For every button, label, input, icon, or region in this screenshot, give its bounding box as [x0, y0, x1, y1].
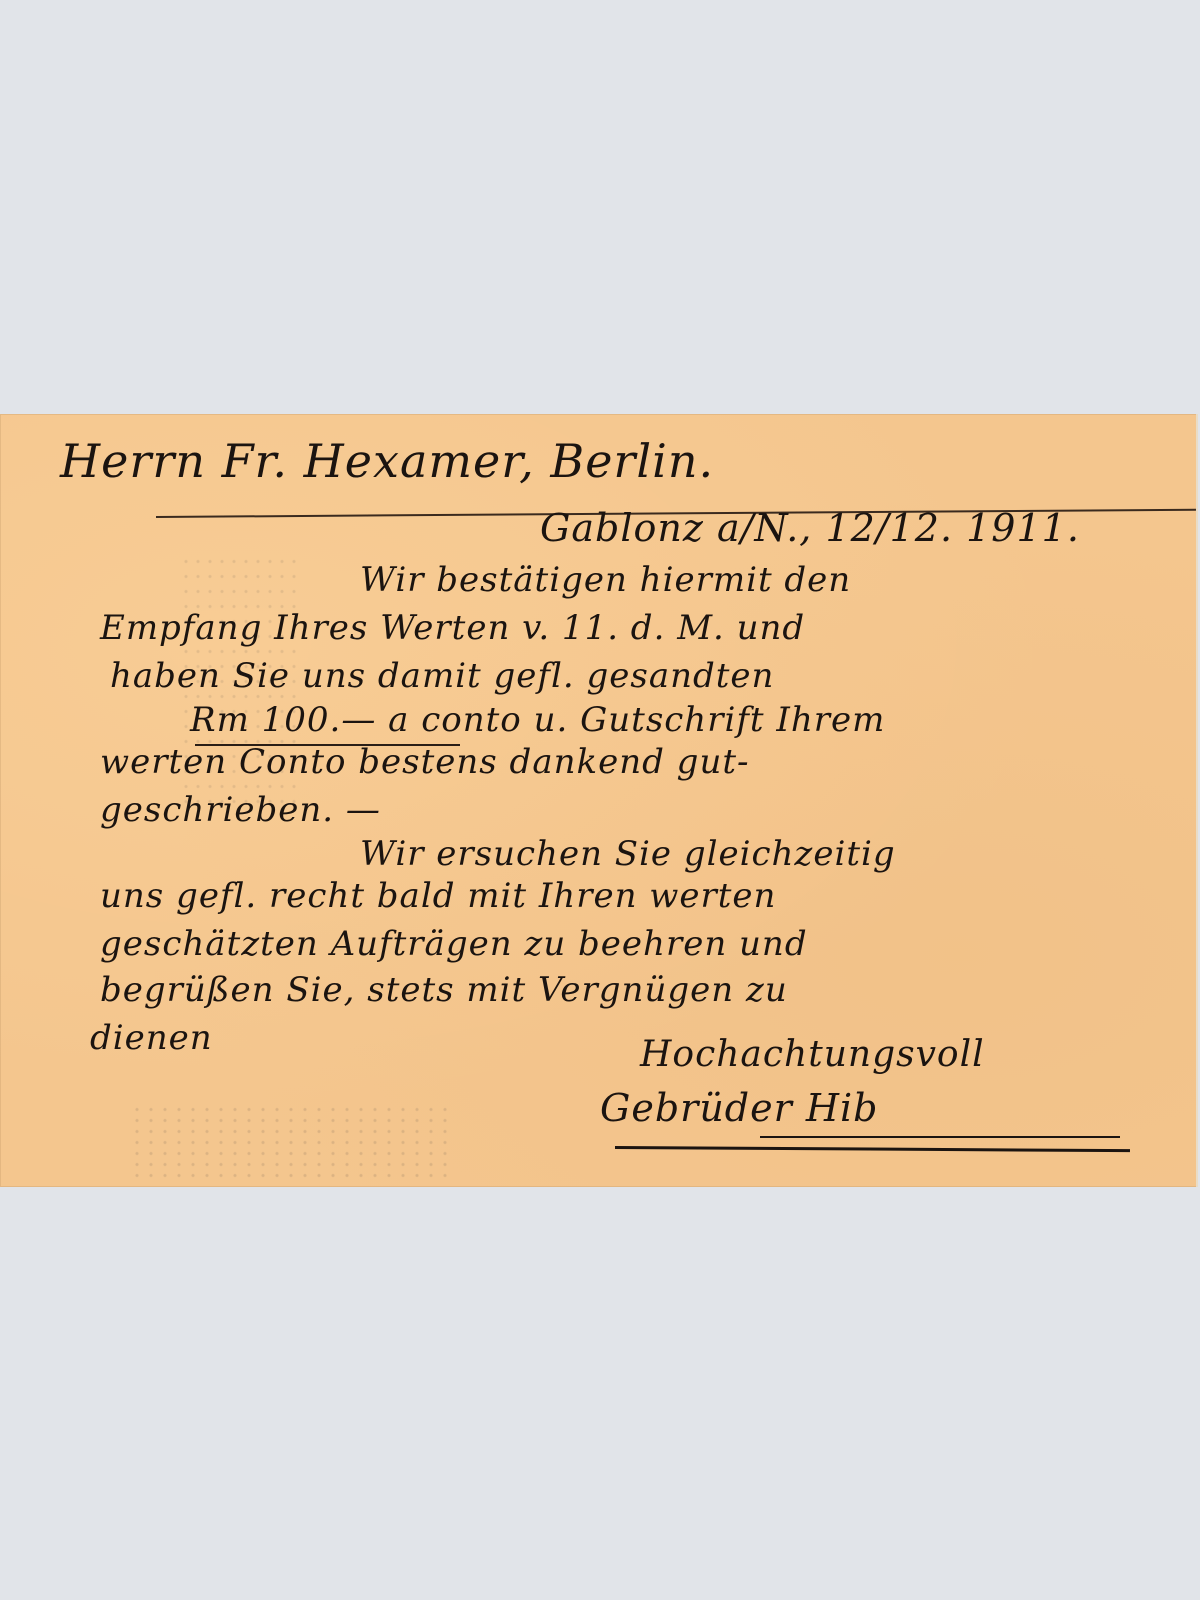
- body-line: Rm 100.— a conto u. Gutschrift Ihrem: [190, 700, 885, 740]
- place-date: Gablonz a/N., 12/12. 1911.: [540, 506, 1080, 550]
- body-line: Wir ersuchen Sie gleichzeitig: [360, 834, 896, 874]
- body-line: geschrieben. —: [100, 790, 381, 830]
- closing: Hochachtungsvoll: [640, 1034, 985, 1075]
- postcard: Herrn Fr. Hexamer, Berlin. Gablonz a/N.,…: [0, 414, 1198, 1187]
- body-line: dienen: [90, 1018, 213, 1058]
- signature: Gebrüder Hib: [600, 1086, 878, 1130]
- body-line: Empfang Ihres Werten v. 11. d. M. und: [100, 608, 805, 648]
- card-edge: [1196, 414, 1198, 1187]
- body-line: uns gefl. recht bald mit Ihren werten: [100, 876, 776, 916]
- address-line: Herrn Fr. Hexamer, Berlin.: [60, 434, 714, 488]
- signature-underline: [615, 1146, 1130, 1152]
- faded-postmark: [130, 1104, 450, 1184]
- body-line: geschätzten Aufträgen zu beehren und: [100, 924, 808, 964]
- body-line: werten Conto bestens dankend gut-: [100, 742, 750, 782]
- body-line: haben Sie uns damit gefl. gesandten: [110, 656, 774, 696]
- body-line: Wir bestätigen hiermit den: [360, 560, 851, 600]
- signature-flourish: [760, 1136, 1120, 1138]
- body-line: begrüßen Sie, stets mit Vergnügen zu: [100, 970, 788, 1010]
